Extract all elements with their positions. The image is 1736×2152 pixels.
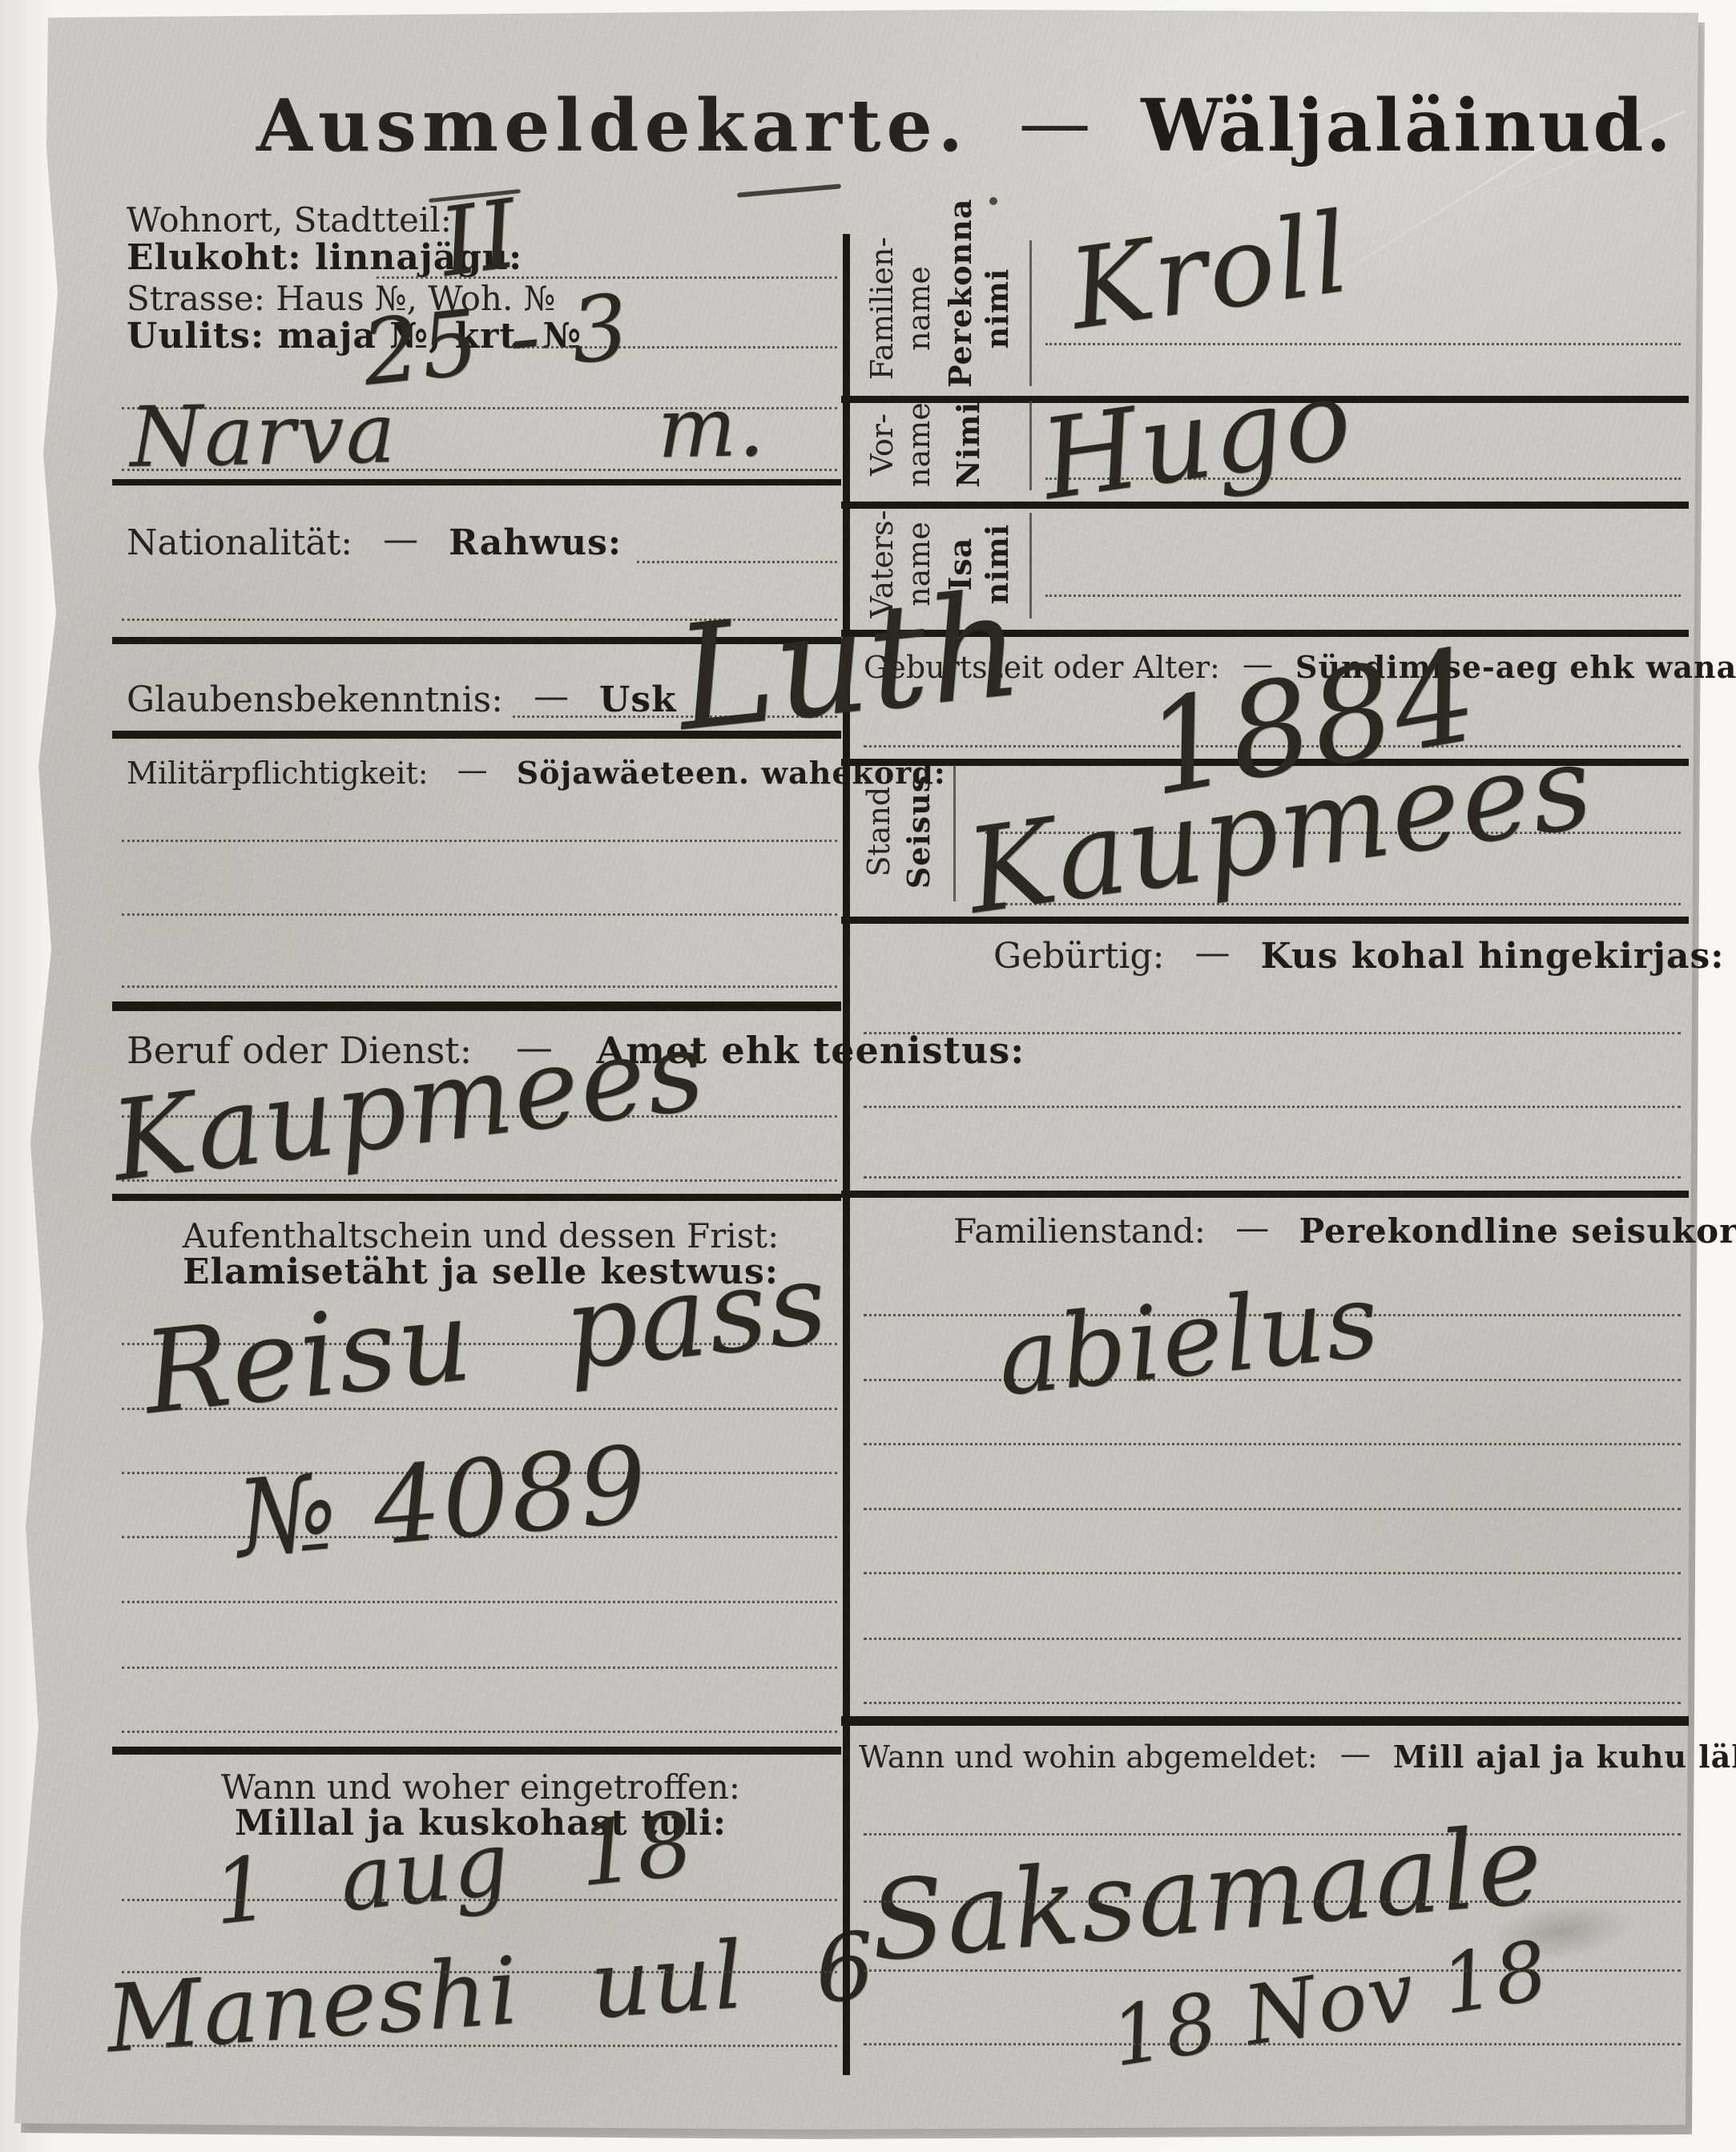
handwritten-first-name: Hugo — [1034, 354, 1360, 526]
dotted-line — [122, 1731, 837, 1733]
dotted-line — [637, 561, 837, 563]
family-status-row: Familienstand: — Perekondline seisukord: — [953, 1211, 1736, 1251]
label-dash: — — [1235, 1208, 1269, 1247]
family-status-label-de: Familienstand: — [953, 1211, 1206, 1251]
arrival-label-de: Wann und woher eingetroffen: — [136, 1767, 825, 1807]
label-line: nimi — [979, 229, 1016, 388]
departure-label-et: Mill ajal ja kuhu läks — [1393, 1739, 1736, 1775]
rule-line — [112, 1747, 841, 1755]
column-divider — [843, 234, 850, 2075]
handwritten-flat-number: II — [433, 178, 526, 298]
rule-line — [112, 1001, 841, 1011]
departure-row: Wann und wohin abgemeldet: — Mill ajal j… — [859, 1739, 1736, 1775]
military-label-de: Militärpflichtigkeit: — [127, 756, 429, 791]
dotted-line — [122, 1601, 837, 1603]
dotted-line — [864, 1508, 1681, 1510]
dotted-line — [864, 1900, 1681, 1903]
handwritten-city: Narva m. — [129, 377, 767, 486]
dotted-line — [122, 913, 837, 916]
pen-stroke — [737, 183, 841, 197]
label-separator-line — [1029, 513, 1032, 619]
firstname-label-de: Vor- name — [864, 397, 937, 492]
handwritten-religion: Luth — [669, 561, 1030, 764]
handwritten-permit-number: № 4089 — [232, 1423, 653, 1582]
label-dash: — — [383, 519, 418, 560]
dotted-line — [864, 1702, 1681, 1704]
label-line: Perekonna — [942, 229, 979, 388]
religion-label-de: Glaubensbekenntnis: — [127, 679, 503, 720]
title-german: Ausmeldekarte. — [256, 83, 969, 168]
origin-row: Gebürtig: — Kus kohal hingekirjas: — [993, 936, 1724, 977]
origin-label-et: Kus kohal hingekirjas: — [1260, 936, 1724, 977]
dotted-line — [122, 1971, 837, 1973]
dotted-line — [864, 2043, 1681, 2045]
label-dash: — — [1194, 933, 1230, 973]
military-row: Militärpflichtigkeit: — Söjawäeteen. wah… — [127, 755, 946, 791]
dotted-line — [122, 985, 837, 988]
label-dash: — — [1340, 1736, 1371, 1771]
document-title: Ausmeldekarte. — Wäljaläinud. — [256, 83, 1586, 168]
label-line: Vor- — [864, 397, 900, 492]
label-separator-line — [1029, 240, 1032, 386]
religion-label-et: Usk — [599, 679, 677, 720]
dotted-line — [1045, 594, 1681, 597]
dotted-line — [122, 1666, 837, 1669]
dotted-line — [122, 2045, 837, 2047]
nationality-label-et: Rahwus: — [449, 522, 622, 563]
handwritten-family-status: abielus — [993, 1260, 1386, 1419]
dotted-line — [864, 1106, 1681, 1108]
status-label-de: Stand — [860, 763, 897, 901]
firstname-label-et: Nimi — [950, 397, 987, 492]
rule-line — [841, 917, 1689, 924]
departure-label-de: Wann und wohin abgemeldet: — [859, 1739, 1318, 1775]
dotted-line — [864, 1443, 1681, 1445]
status-label-et: Seisus — [900, 763, 937, 901]
label-dash: — — [534, 676, 569, 717]
origin-label-de: Gebürtig: — [993, 936, 1164, 977]
religion-row: Glaubensbekenntnis: — Usk — [127, 679, 677, 720]
label-dash: — — [457, 752, 488, 788]
label-line: Stand — [860, 763, 897, 901]
label-line: name — [900, 397, 937, 492]
rule-line — [841, 502, 1689, 509]
dotted-line — [864, 1638, 1681, 1640]
label-line: Nimi — [950, 397, 987, 492]
title-estonian: Wäljaläinud. — [1141, 83, 1673, 168]
rule-line — [841, 1191, 1689, 1198]
rule-line — [112, 1194, 841, 1201]
dotted-line — [864, 1176, 1681, 1179]
title-dash: — — [1019, 81, 1091, 165]
dotted-line — [122, 1899, 837, 1901]
dotted-line — [864, 1572, 1681, 1574]
dotted-line — [864, 1032, 1681, 1034]
label-line: Seisus — [900, 763, 937, 901]
label-separator-line — [953, 765, 956, 901]
card-content: Ausmeldekarte. — Wäljaläinud. Wohnort, S… — [0, 0, 1736, 2152]
nationality-label-de: Nationalität: — [127, 522, 352, 563]
dotted-line — [122, 840, 837, 842]
label-line: Familien- — [864, 229, 900, 388]
ink-dot — [989, 197, 997, 205]
label-separator-line — [1029, 401, 1032, 490]
address-label-de1: Wohnort, Stadtteil: — [127, 200, 452, 240]
dotted-line — [864, 1969, 1681, 1972]
familyname-label-et: Perekonna nimi — [942, 229, 1016, 388]
rule-line — [841, 1716, 1689, 1726]
nationality-row: Nationalität: — Rahwus: — [127, 522, 622, 563]
family-status-label-et: Perekondline seisukord: — [1299, 1211, 1736, 1251]
familyname-label-de: Familien- name — [864, 229, 937, 388]
label-line: name — [900, 229, 937, 388]
handwritten-family-name: Kroll — [1062, 187, 1358, 354]
